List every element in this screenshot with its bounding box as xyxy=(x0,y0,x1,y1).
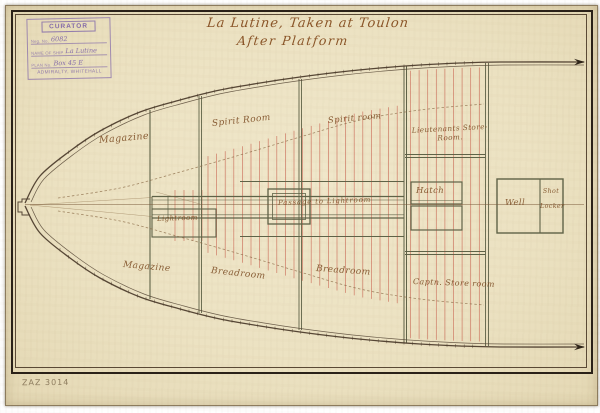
archive-reference-number: ZAZ 3014 xyxy=(22,378,69,387)
room-label-well: Well xyxy=(505,198,525,208)
scanned-ship-plan-page: { "title": { "line1": "La Lutine, Taken … xyxy=(0,0,600,413)
shot-locker-line-2: Locker xyxy=(540,203,562,210)
room-label-hatch: Hatch xyxy=(416,186,444,196)
room-label-shot-locker: Shot Locker xyxy=(540,188,562,210)
shot-locker-line-1: Shot xyxy=(540,188,562,195)
room-label-lightroom: Lightroom xyxy=(157,214,198,223)
